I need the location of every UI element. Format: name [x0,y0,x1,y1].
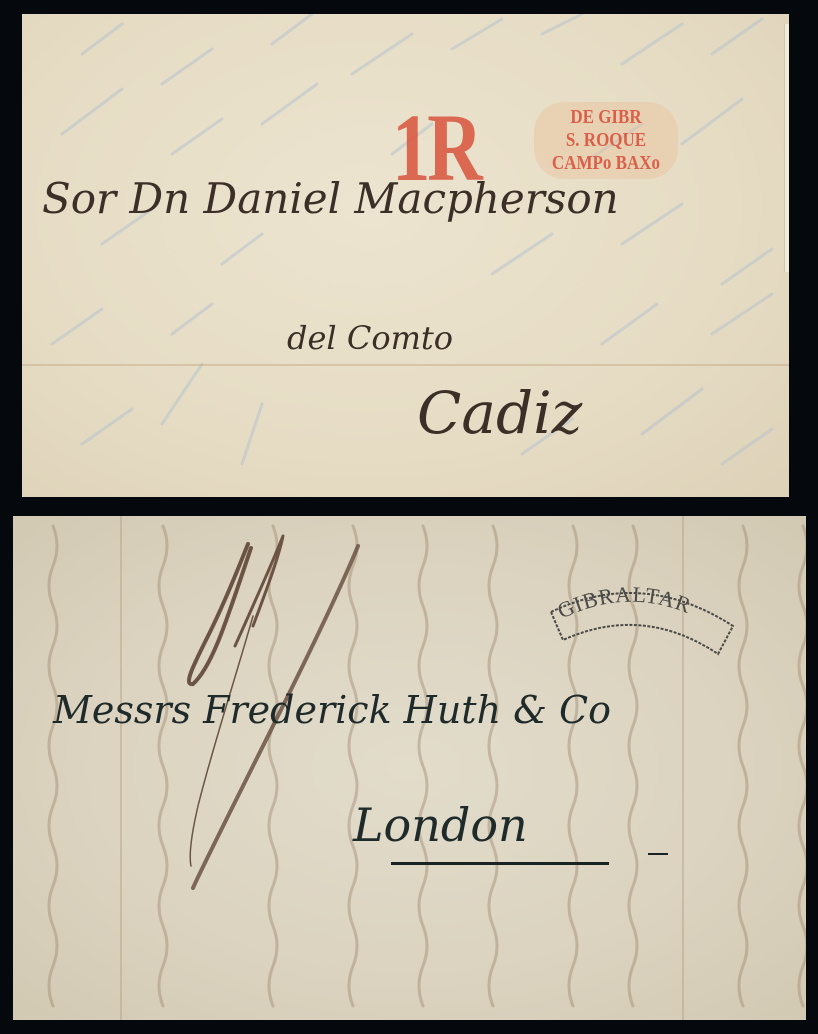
horizontal-fold-line [22,364,789,366]
postmark-line-1: DE GIBR [547,106,666,129]
address-line-city: Cadiz [417,379,582,447]
faint-blue-showthrough-script [22,14,789,497]
address-line-trade: del Comto [287,319,453,357]
city-underline [391,862,609,865]
address-line-addressee: Messrs Frederick Huth & Co [53,688,611,732]
san-roque-town-postmark: DE GIBR S. ROQUE CAMPo BAXo [534,102,678,179]
bottom-letter-cover: GIBRALTAR Messrs Frederick Huth & Co Lon… [13,516,806,1020]
address-line-city: London [353,798,528,852]
trailing-dash [648,853,668,855]
svg-text:GIBRALTAR: GIBRALTAR [553,581,695,623]
flap-edge [784,24,789,272]
top-letter-cover: 1R DE GIBR S. ROQUE CAMPo BAXo Sor Dn Da… [22,14,789,497]
gibraltar-framed-postmark: GIBRALTAR [543,576,743,666]
address-line-addressee: Sor Dn Daniel Macpherson [42,174,619,223]
postmark-line-3: CAMPo BAXo [547,152,666,175]
postmark-line-2: S. ROQUE [547,129,666,152]
